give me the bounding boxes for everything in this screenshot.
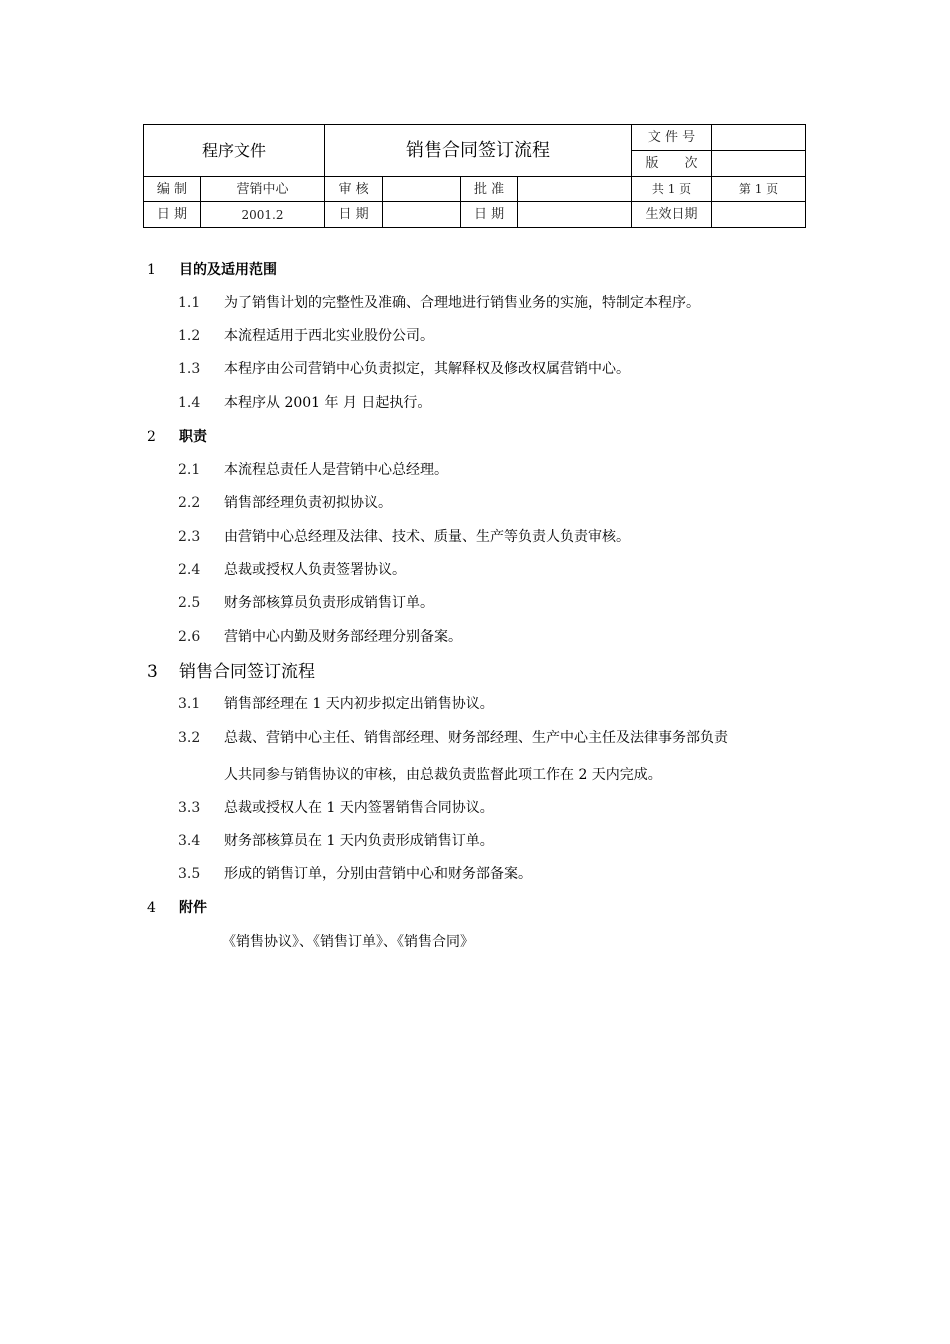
section-number: 3: [147, 662, 179, 682]
file-no-label: 文 件 号: [632, 125, 712, 151]
item-text: 财务部核算员负责形成销售订单。: [224, 595, 434, 611]
item-number: 2.2: [178, 495, 224, 511]
item-text: 销售部经理在 1 天内初步拟定出销售协议。: [224, 696, 494, 712]
item-text: 总裁、营销中心主任、销售部经理、财务部经理、生产中心主任及法律事务部负责: [224, 730, 728, 746]
list-item-continuation: 人共同参与销售协议的审核，由总裁负责监督此项工作在 2 天内完成。: [224, 764, 662, 784]
item-text: 本程序从 2001 年 月 日起执行。: [224, 395, 431, 411]
prepared-label: 编 制: [144, 177, 201, 202]
list-item: 1.2本流程适用于西北实业股份公司。: [178, 325, 434, 345]
list-item: 3.1销售部经理在 1 天内初步拟定出销售协议。: [178, 693, 494, 713]
document-header-table: 程序文件 销售合同签订流程 文 件 号 版 次 编 制 营销中心 审 核 批 准…: [143, 124, 806, 228]
doc-title-cell: 销售合同签订流程: [325, 125, 632, 177]
item-number: 3.4: [178, 833, 224, 849]
doc-type-cell: 程序文件: [144, 125, 325, 177]
list-item: 2.5财务部核算员负责形成销售订单。: [178, 592, 434, 612]
list-item: 2.6营销中心内勤及财务部经理分别备案。: [178, 626, 462, 646]
item-text: 形成的销售订单，分别由营销中心和财务部备案。: [224, 866, 532, 882]
item-text: 总裁或授权人负责签署协议。: [224, 562, 406, 578]
item-text: 本流程总责任人是营销中心总经理。: [224, 462, 448, 478]
item-number: 2.4: [178, 562, 224, 578]
list-item: 2.4总裁或授权人负责签署协议。: [178, 559, 406, 579]
list-item: 3.3总裁或授权人在 1 天内签署销售合同协议。: [178, 797, 494, 817]
item-number: 2.6: [178, 629, 224, 645]
item-text: 为了销售计划的完整性及准确、合理地进行销售业务的实施，特制定本程序。: [224, 295, 700, 311]
version-label: 版 次: [632, 151, 712, 177]
section-title: 附件: [179, 900, 207, 916]
section-heading-3: 3销售合同签订流程: [147, 657, 315, 682]
item-text: 营销中心内勤及财务部经理分别备案。: [224, 629, 462, 645]
date-label-approve: 日 期: [461, 202, 518, 228]
item-text: 由营销中心总经理及法律、技术、质量、生产等负责人负责审核。: [224, 529, 630, 545]
item-number: 2.1: [178, 462, 224, 478]
item-text: 销售部经理负责初拟协议。: [224, 495, 392, 511]
list-item: 1.4本程序从 2001 年 月 日起执行。: [178, 392, 431, 412]
item-text: 财务部核算员在 1 天内负责形成销售订单。: [224, 833, 494, 849]
date-value-review: [383, 202, 461, 228]
section-title: 目的及适用范围: [179, 262, 277, 278]
approve-value: [518, 177, 632, 202]
item-text: 总裁或授权人在 1 天内签署销售合同协议。: [224, 800, 494, 816]
effective-date-label: 生效日期: [632, 202, 712, 228]
item-number: 3.1: [178, 696, 224, 712]
date-label-prepared: 日 期: [144, 202, 201, 228]
review-value: [383, 177, 461, 202]
date-label-review: 日 期: [325, 202, 383, 228]
item-number: 3.5: [178, 866, 224, 882]
page-number: 第 1 页: [712, 177, 806, 202]
review-label: 审 核: [325, 177, 383, 202]
item-number: 1.4: [178, 395, 224, 411]
section-heading-4: 4附件: [147, 897, 207, 917]
item-number: 3.2: [178, 730, 224, 746]
effective-date-value: [712, 202, 806, 228]
section-heading-2: 2职责: [147, 426, 207, 446]
version-value: [712, 151, 806, 177]
list-item: 3.2总裁、营销中心主任、销售部经理、财务部经理、生产中心主任及法律事务部负责: [178, 727, 728, 747]
date-value-prepared: 2001.2: [201, 202, 325, 228]
item-number: 2.3: [178, 529, 224, 545]
list-item: 2.2销售部经理负责初拟协议。: [178, 492, 392, 512]
item-number: 2.5: [178, 595, 224, 611]
item-number: 1.1: [178, 295, 224, 311]
total-pages: 共 1 页: [632, 177, 712, 202]
section-title: 销售合同签订流程: [179, 662, 315, 682]
date-value-approve: [518, 202, 632, 228]
prepared-value: 营销中心: [201, 177, 325, 202]
list-item: 3.4财务部核算员在 1 天内负责形成销售订单。: [178, 830, 494, 850]
attachments-list: 《销售协议》、《销售订单》、《销售合同》: [222, 931, 474, 951]
list-item: 3.5形成的销售订单，分别由营销中心和财务部备案。: [178, 863, 532, 883]
list-item: 2.1本流程总责任人是营销中心总经理。: [178, 459, 448, 479]
item-text: 本流程适用于西北实业股份公司。: [224, 328, 434, 344]
list-item: 1.1为了销售计划的完整性及准确、合理地进行销售业务的实施，特制定本程序。: [178, 292, 700, 312]
section-number: 4: [147, 900, 179, 916]
section-heading-1: 1目的及适用范围: [147, 259, 277, 279]
item-text: 本程序由公司营销中心负责拟定，其解释权及修改权属营销中心。: [224, 361, 630, 377]
section-title: 职责: [179, 429, 207, 445]
item-number: 1.3: [178, 361, 224, 377]
approve-label: 批 准: [461, 177, 518, 202]
list-item: 1.3本程序由公司营销中心负责拟定，其解释权及修改权属营销中心。: [178, 358, 630, 378]
item-number: 1.2: [178, 328, 224, 344]
file-no-value: [712, 125, 806, 151]
item-number: 3.3: [178, 800, 224, 816]
section-number: 2: [147, 429, 179, 445]
list-item: 2.3由营销中心总经理及法律、技术、质量、生产等负责人负责审核。: [178, 526, 630, 546]
section-number: 1: [147, 262, 179, 278]
